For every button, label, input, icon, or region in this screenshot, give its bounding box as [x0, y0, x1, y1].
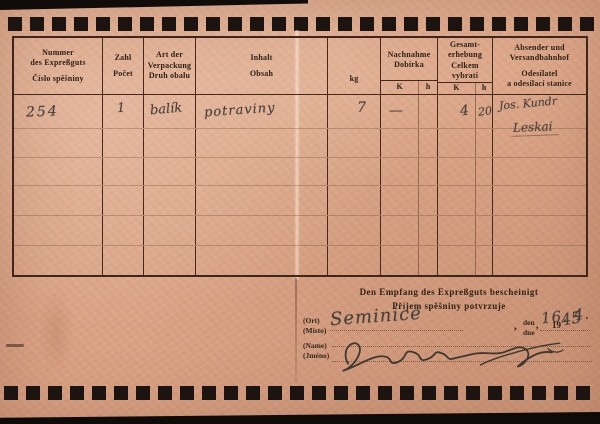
header-absender-de1: Absender und	[514, 43, 565, 53]
header-zahl-cs: Počet	[113, 69, 133, 79]
header-nummer-de2: des Expreßguts	[30, 58, 85, 68]
header-gesamt: Gesamt- erhebung Celkem vybrati K h	[437, 38, 492, 94]
header-gesamt-de2: erhebung	[448, 50, 482, 60]
header-absender: Absender und Versandbahnhof Odesílatel a…	[492, 38, 586, 94]
header-nachnahme: Nachnahme Dobírka K h	[380, 38, 437, 94]
table-row-entry: 254 1 balík potraviny 7 — 4 20 Jos. Kund…	[14, 95, 586, 128]
table-row-empty	[14, 215, 586, 245]
header-zahl-de: Zahl	[115, 53, 132, 63]
place-label: (Ort) (Místo)	[303, 316, 326, 336]
header-nummer: Nummer des Expreßguts Číslo spěšniny	[14, 38, 102, 94]
entry-number: 254	[26, 103, 59, 120]
header-nummer-de1: Nummer	[42, 48, 74, 58]
table-row-empty	[14, 245, 586, 275]
header-kg: kg	[327, 38, 380, 94]
name-label: (Name) (Jméno)	[303, 341, 329, 361]
entry-cod-dash: —	[389, 103, 402, 119]
entry-weight-kg: 7	[357, 100, 366, 116]
header-inhalt-de: Inhalt	[250, 53, 272, 63]
header-absender-de2: Versandbahnhof	[510, 53, 569, 63]
gesamt-kh-subheader: K h	[438, 82, 492, 94]
entry-packaging: balík	[149, 101, 182, 119]
header-gesamt-de1: Gesamt-	[448, 40, 482, 50]
header-absender-cs2: a odesílací stanice	[507, 79, 572, 89]
signature-scribble	[331, 326, 573, 382]
paper-speck	[6, 344, 24, 347]
header-nachnahme-h: h	[418, 81, 437, 94]
scan-edge-top	[0, 0, 308, 10]
table-row-empty	[14, 128, 586, 157]
table-row-empty	[14, 185, 586, 215]
nachnahme-kh-subheader: K h	[381, 80, 437, 94]
header-verpackung-de1: Art der	[156, 50, 183, 60]
header-gesamt-cs2: vybrati	[448, 71, 482, 81]
scan-edge-bottom	[0, 410, 600, 424]
scanned-express-goods-form: Nummer des Expreßguts Číslo spěšniny Zah…	[0, 0, 600, 424]
header-absender-cs1: Odesílatel	[521, 69, 557, 79]
entry-sender-station: Leskai	[511, 119, 559, 137]
header-inhalt-cs: Obsah	[250, 69, 273, 79]
table-row-empty	[14, 157, 586, 185]
filmstrip-border-bottom	[4, 386, 596, 400]
express-goods-table: Nummer des Expreßguts Číslo spěšniny Zah…	[14, 38, 586, 275]
header-zahl: Zahl Počet	[102, 38, 143, 94]
header-verpackung-cs: Druh obalu	[149, 71, 190, 81]
header-nachnahme-cs: Dobírka	[388, 60, 431, 70]
entry-count: 1	[116, 101, 125, 117]
header-verpackung-de2: Verpackung	[148, 61, 192, 71]
header-nachnahme-de: Nachnahme	[388, 50, 431, 60]
header-nummer-cs: Číslo spěšniny	[32, 74, 83, 84]
header-nachnahme-k: K	[381, 81, 418, 94]
certification-de: Den Empfang des Expreßguts bescheinigt	[300, 286, 598, 300]
header-gesamt-k: K	[438, 83, 475, 94]
header-gesamt-cs1: Celkem	[448, 61, 482, 71]
header-verpackung: Art der Verpackung Druh obalu	[143, 38, 195, 94]
paper-stain	[38, 290, 74, 375]
entry-total-k: 4	[459, 103, 470, 120]
entry-total-h: 20	[477, 104, 492, 118]
entry-sender-name: Jos. Kundr	[499, 94, 558, 112]
filmstrip-border-top	[8, 17, 596, 31]
header-gesamt-h: h	[475, 83, 492, 94]
entry-contents: potraviny	[204, 101, 276, 121]
header-inhalt: Inhalt Obsah	[195, 38, 327, 94]
paper-fold-line	[295, 278, 297, 383]
table-header-row: Nummer des Expreßguts Číslo spěšniny Zah…	[14, 38, 586, 95]
